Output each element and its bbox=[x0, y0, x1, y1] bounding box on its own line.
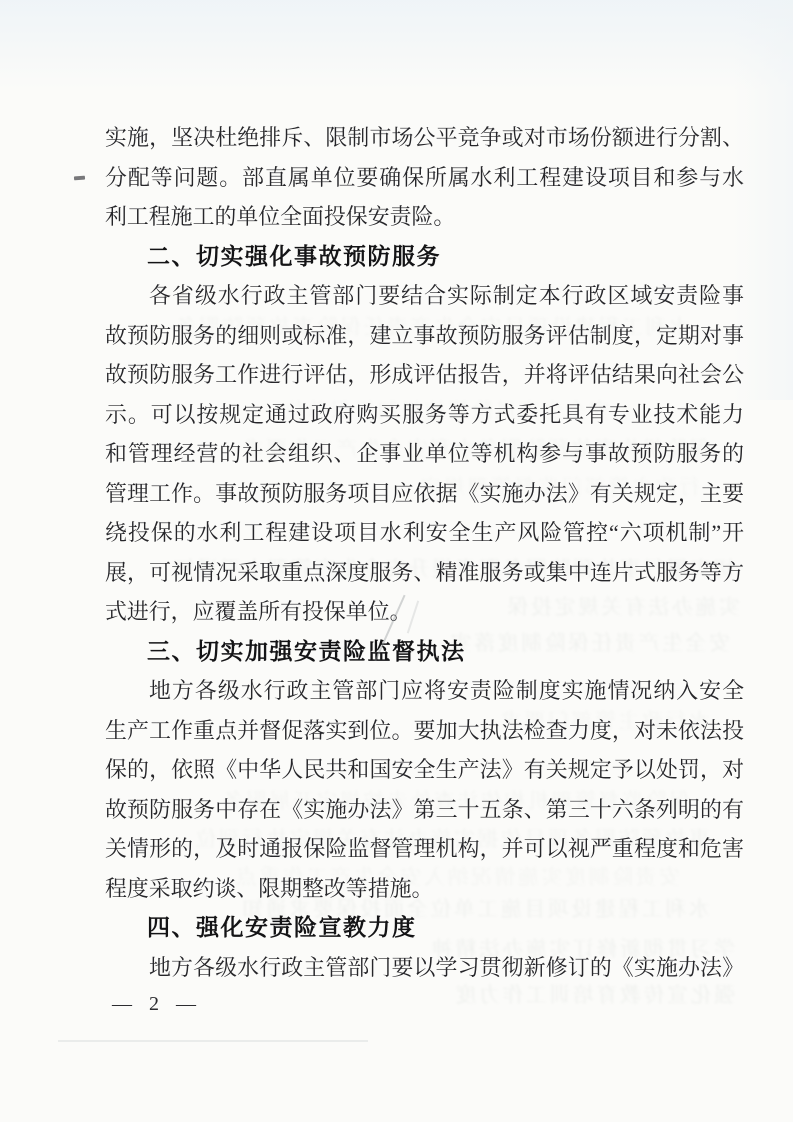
body-text-line: 示。可以按规定通过政府购买服务等方式委托具有专业技术能力 bbox=[105, 395, 744, 435]
scan-edge-mark bbox=[74, 176, 85, 181]
body-text-line: 展，可视情况采取重点深度服务、精准服务或集中连片式服务等方 bbox=[105, 553, 744, 593]
section-heading: 二、切实强化事故预防服务 bbox=[105, 237, 744, 277]
scan-streak bbox=[58, 1040, 368, 1042]
body-text-line: 地方各级水行政主管部门要以学习贯彻新修订的《实施办法》 bbox=[105, 948, 744, 988]
body-text-line: 利工程施工的单位全面投保安责险。 bbox=[105, 197, 744, 237]
body-text-line: 故预防服务中存在《实施办法》第三十五条、第三十六条列明的有 bbox=[105, 790, 744, 830]
body-text-line: 地方各级水行政主管部门应将安责险制度实施情况纳入安全 bbox=[105, 671, 744, 711]
document-body: 实施，坚决杜绝排斥、限制市场公平竞争或对市场份额进行分割、分配等问题。部直属单位… bbox=[105, 118, 744, 987]
section-heading: 四、强化安责险宣教力度 bbox=[105, 908, 744, 948]
body-text-line: 故预防服务的细则或标准，建立事故预防服务评估制度，定期对事 bbox=[105, 316, 744, 356]
body-text-line: 绕投保的水利工程建设项目水利安全生产风险管控“六项机制”开 bbox=[105, 513, 744, 553]
body-text-line: 程度采取约谈、限期整改等措施。 bbox=[105, 869, 744, 909]
section-heading: 三、切实加强安责险监督执法 bbox=[105, 632, 744, 672]
body-text-line: 实施，坚决杜绝排斥、限制市场公平竞争或对市场份额进行分割、 bbox=[105, 118, 744, 158]
document-page: 水利工程建设项目安全生产责任保险事故预防服务安全生产风险管控机制投保单位保险机构… bbox=[0, 0, 793, 1122]
body-text-line: 故预防服务工作进行评估，形成评估报告，并将评估结果向社会公 bbox=[105, 355, 744, 395]
body-text-line: 管理工作。事故预防服务项目应依据《实施办法》有关规定，主要围 bbox=[105, 474, 744, 514]
body-text-line: 分配等问题。部直属单位要确保所属水利工程建设项目和参与水 bbox=[105, 158, 744, 198]
body-text-line: 保的，依照《中华人民共和国安全生产法》有关规定予以处罚，对事 bbox=[105, 750, 744, 790]
body-text-line: 生产工作重点并督促落实到位。要加大执法检查力度，对未依法投 bbox=[105, 711, 744, 751]
body-text-line: 各省级水行政主管部门要结合实际制定本行政区域安责险事 bbox=[105, 276, 744, 316]
body-text-line: 和管理经营的社会组织、企事业单位等机构参与事故预防服务的 bbox=[105, 434, 744, 474]
body-text-line: 式进行，应覆盖所有投保单位。 bbox=[105, 592, 744, 632]
page-number: — 2 — bbox=[112, 993, 198, 1016]
body-text-line: 关情形的，及时通报保险监督管理机构，并可以视严重程度和危害 bbox=[105, 829, 744, 869]
